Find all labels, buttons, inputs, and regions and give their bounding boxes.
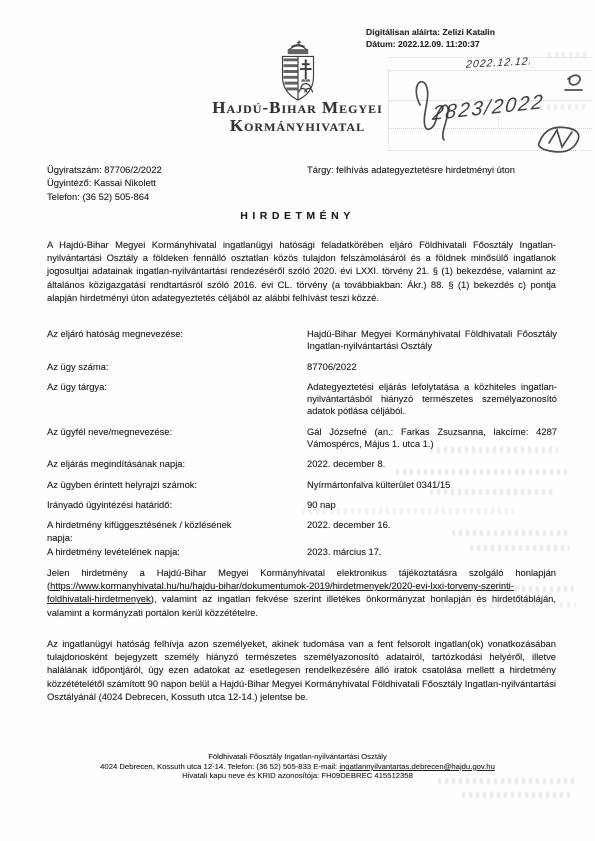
detail-value: Nyírmártonfalva külterület 0341/15 (307, 479, 557, 491)
detail-label: Az eljárás megindításának napja: (47, 458, 307, 470)
detail-row: Az ügyben érintett helyrajzi számok: Nyí… (47, 479, 559, 491)
org-name: Hajdú-Bihar Megyei Kormányhivatal (0, 99, 595, 135)
org-name-line2: Kormányhivatal (0, 117, 595, 135)
hungary-coat-of-arms-icon (272, 40, 324, 102)
case-officer-line: Ügyintéző: Kassai Nikolett (47, 176, 307, 189)
detail-value: Hajdú-Bihar Megyei Kormányhivatal Földhi… (307, 328, 557, 353)
detail-label: A hirdetmény kifüggesztésének / közlésén… (47, 519, 307, 544)
detail-row: Az ügy száma: 87706/2022 (47, 361, 559, 373)
intro-paragraph: A Hajdú-Bihar Megyei Kormányhivatal inga… (47, 238, 556, 304)
footer-office-line: Földhivatali Főosztály Ingatlan-nyilvánt… (0, 752, 595, 762)
detail-value: 2023. március 17. (307, 546, 557, 558)
scanned-document-page: Digitálisan aláírta: Zelizi Katalin Dátu… (0, 0, 595, 841)
detail-label: Az eljáró hatóság megnevezése: (47, 328, 307, 353)
detail-label: A hirdetmény levételének napja: (47, 546, 307, 558)
case-phone-line: Telefon: (36 52) 505-864 (47, 190, 307, 203)
detail-row: Az ügy tárgya: Adategyeztetési eljárás l… (47, 381, 559, 418)
detail-row: Az ügyfél neve/megnevezése: Gál Józsefné… (47, 426, 559, 451)
publication-paragraph: Jelen hirdetmény a Hajdú-Bihar Megyei Ko… (47, 566, 556, 619)
footer-address-text: 4024 Debrecen, Kossuth utca 12-14. Telef… (100, 762, 339, 771)
detail-row: Irányadó ügyintézési határidő: 90 nap (47, 499, 559, 511)
detail-row: A hirdetmény levételének napja: 2023. má… (47, 546, 559, 558)
detail-label: Az ügyben érintett helyrajzi számok: (47, 479, 307, 491)
detail-value: Gál Józsefné (an.: Farkas Zsuzsanna, lak… (307, 426, 557, 451)
detail-value: 2022. december 16. (307, 519, 557, 544)
detail-row: Az eljárás megindításának napja: 2022. d… (47, 458, 559, 470)
detail-row: Az eljáró hatóság megnevezése: Hajdú-Bih… (47, 328, 559, 353)
case-meta-left: Ügyiratszám: 87706/2/2022 Ügyintéző: Kas… (47, 163, 307, 203)
detail-label: Az ügy tárgya: (47, 381, 307, 418)
org-name-line1: Hajdú-Bihar Megyei (0, 99, 595, 117)
case-meta: Ügyiratszám: 87706/2/2022 Ügyintéző: Kas… (47, 163, 559, 203)
footer-email-link[interactable]: ingatlannyilvantartas.debrecen@hajdu.gov… (339, 762, 495, 771)
footer-krid-line: Hivatali kapu neve és KRID azonosítója: … (0, 771, 595, 781)
notice-paragraph: Az ingatlanügyi hatóság felhívja azon sz… (47, 637, 556, 703)
footer: Földhivatali Főosztály Ingatlan-nyilvánt… (0, 752, 595, 781)
detail-value: Adategyeztetési eljárás lefolytatása a k… (307, 381, 557, 418)
detail-row: A hirdetmény kifüggesztésének / közlésén… (47, 519, 559, 544)
case-number-line: Ügyiratszám: 87706/2/2022 (47, 163, 307, 176)
detail-label: Az ügy száma: (47, 361, 307, 373)
detail-label: Irányadó ügyintézési határidő: (47, 499, 307, 511)
logo-wrap (0, 40, 595, 107)
detail-label: Az ügyfél neve/megnevezése: (47, 426, 307, 451)
details-table: Az eljáró hatóság megnevezése: Hajdú-Bih… (47, 328, 559, 566)
digital-signature-signer: Digitálisan aláírta: Zelizi Katalin (366, 26, 581, 38)
subject-line: Tárgy: felhívás adategyeztetésre hirdetm… (307, 163, 557, 203)
detail-value: 87706/2022 (307, 361, 557, 373)
footer-address-line: 4024 Debrecen, Kossuth utca 12-14. Telef… (0, 762, 595, 772)
detail-value: 2022. december 8. (307, 458, 557, 470)
bleedthrough-smudge (462, 792, 574, 798)
page-title: HIRDETMÉNY (0, 210, 595, 222)
detail-value: 90 nap (307, 499, 557, 511)
